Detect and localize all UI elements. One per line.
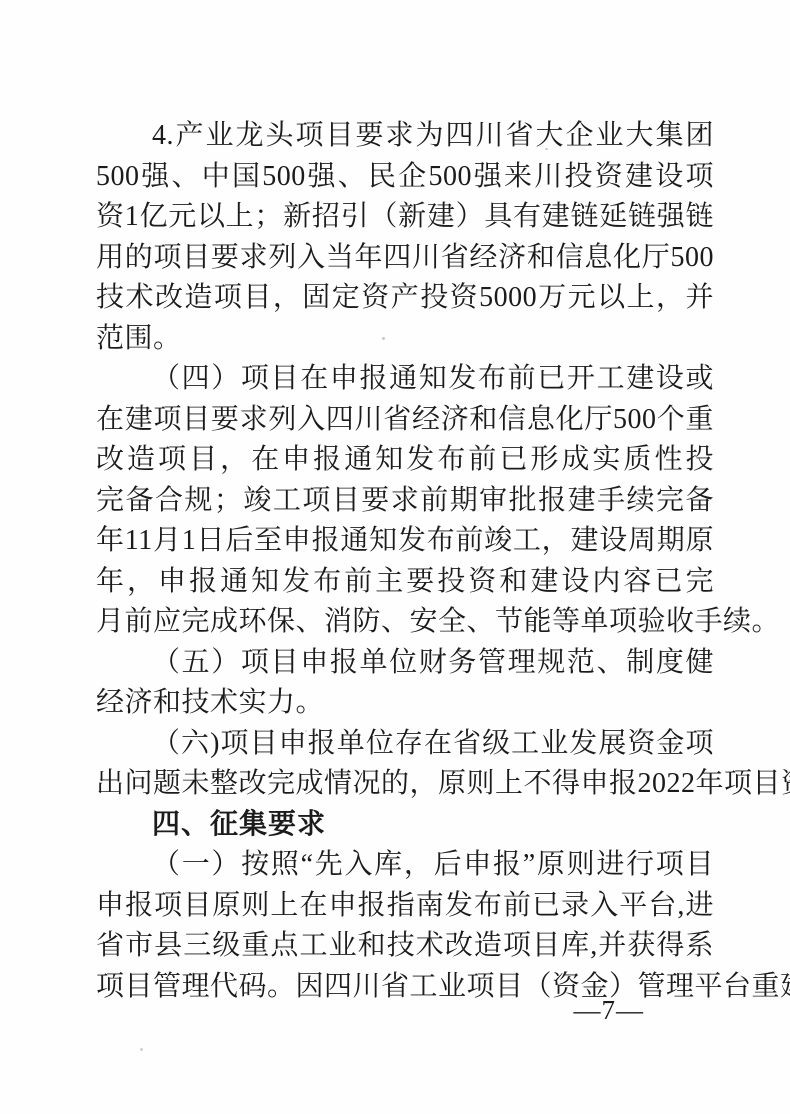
text-line: （一）按照“先入库，后申报”原则进行项目申报。企业拟 <box>96 845 714 886</box>
section-heading: 四、征集要求 <box>96 805 714 846</box>
text-line: 申报项目原则上在申报指南发布前已录入平台,进入我厅建立的 <box>96 886 714 927</box>
scan-speck <box>305 730 307 732</box>
text-line: 改造项目，在申报通知发布前已形成实质性投资，前期审批手续 <box>96 440 714 481</box>
document-body: 4.产业龙头项目要求为四川省大企业大集团新建项目,世界500强、中国500强、民… <box>96 116 714 1007</box>
text-line: 完备合规；竣工项目要求前期审批报建手续完备合规，在2020 <box>96 481 714 522</box>
scan-speck <box>382 337 385 340</box>
text-line: （六)项目申报单位存在省级工业发展资金项目系统治理突 <box>96 724 714 765</box>
text-line: 4.产业龙头项目要求为四川省大企业大集团新建项目,世界 <box>96 116 714 157</box>
text-line: （五）项目申报单位财务管理规范、制度健全，具备较强的 <box>96 643 714 684</box>
text-line: 在建项目要求列入四川省经济和信息化厅500个重点工业和技术 <box>96 400 714 441</box>
text-line: 月前应完成环保、消防、安全、节能等单项验收手续。 <box>96 602 714 643</box>
text-line: 技术改造项目，固定资产投资5000万元以上，并且投资纳入统计 <box>96 278 714 319</box>
text-line: 年11月1日后至申报通知发布前竣工，建设周期原则上不超过3 <box>96 521 714 562</box>
scan-speck <box>545 148 548 150</box>
text-line: 出问题未整改完成情况的，原则上不得申报2022年项目资金。 <box>96 764 714 805</box>
scan-speck <box>140 1048 143 1051</box>
text-line: 范围。 <box>96 319 714 360</box>
text-line: 资1亿元以上；新招引（新建）具有建链延链强链补链关键性作 <box>96 197 714 238</box>
text-line: 500强、中国500强、民企500强来川投资建设项目，固定资产投 <box>96 157 714 198</box>
page-number: —7— <box>0 995 790 1026</box>
text-line: 经济和技术实力。 <box>96 683 714 724</box>
text-line: 省市县三级重点工业和技术改造项目库,并获得系统自动赋予的 <box>96 926 714 967</box>
document-page: 4.产业龙头项目要求为四川省大企业大集团新建项目,世界500强、中国500强、民… <box>0 0 790 1114</box>
text-line: 用的项目要求列入当年四川省经济和信息化厅500个重点工业和 <box>96 238 714 279</box>
text-line: （四）项目在申报通知发布前已开工建设或已竣工，其中， <box>96 359 714 400</box>
text-line: 年，申报通知发布前主要投资和建设内容已完成，在2022年10 <box>96 562 714 603</box>
